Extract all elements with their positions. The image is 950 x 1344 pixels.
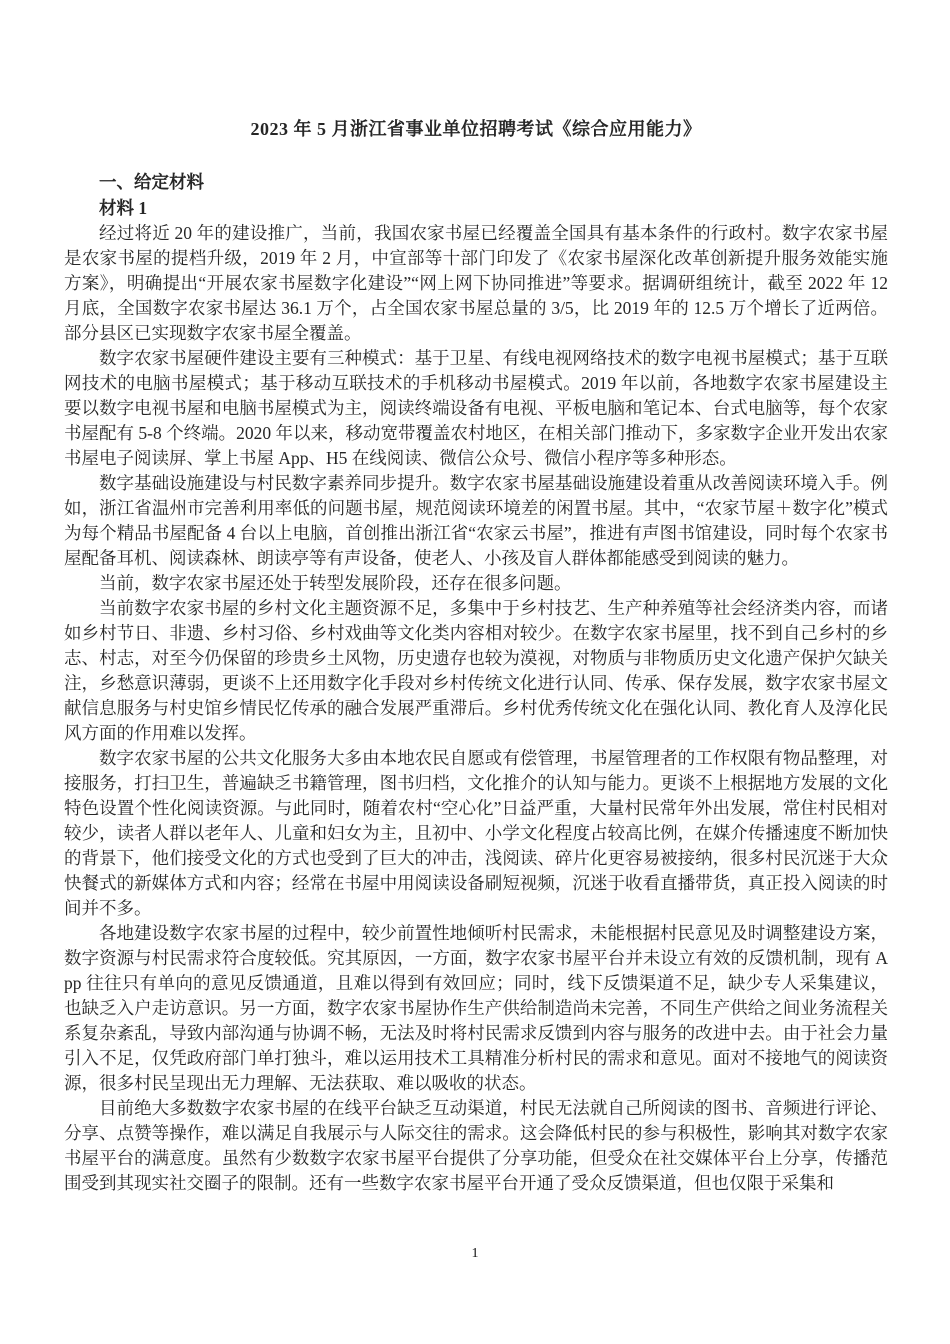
paragraph: 目前绝大多数数字农家书屋的在线平台缺乏互动渠道，村民无法就自己所阅读的图书、音频… bbox=[64, 1096, 888, 1196]
paragraph: 当前，数字农家书屋还处于转型发展阶段，还存在很多问题。 bbox=[64, 571, 888, 596]
paragraph: 经过将近 20 年的建设推广，当前，我国农家书屋已经覆盖全国具有基本条件的行政村… bbox=[64, 221, 888, 346]
document-page: 2023 年 5 月浙江省事业单位招聘考试《综合应用能力》 一、给定材料 材料 … bbox=[0, 0, 950, 1344]
material-body: 经过将近 20 年的建设推广，当前，我国农家书屋已经覆盖全国具有基本条件的行政村… bbox=[64, 221, 888, 1196]
paragraph: 数字农家书屋硬件建设主要有三种模式：基于卫星、有线电视网络技术的数字电视书屋模式… bbox=[64, 346, 888, 471]
section-heading: 一、给定材料 bbox=[64, 169, 888, 195]
paragraph: 各地建设数字农家书屋的过程中，较少前置性地倾听村民需求，未能根据村民意见及时调整… bbox=[64, 921, 888, 1096]
paragraph: 当前数字农家书屋的乡村文化主题资源不足，多集中于乡村技艺、生产种养殖等社会经济类… bbox=[64, 596, 888, 746]
paragraph: 数字农家书屋的公共文化服务大多由本地农民自愿或有偿管理，书屋管理者的工作权限有物… bbox=[64, 746, 888, 921]
page-number: 1 bbox=[472, 1246, 479, 1261]
paragraph: 数字基础设施建设与村民数字素养同步提升。数字农家书屋基础设施建设着重从改善阅读环… bbox=[64, 471, 888, 571]
material-heading: 材料 1 bbox=[64, 195, 888, 221]
page-footer: 1 bbox=[0, 1246, 950, 1262]
document-title: 2023 年 5 月浙江省事业单位招聘考试《综合应用能力》 bbox=[64, 116, 888, 142]
